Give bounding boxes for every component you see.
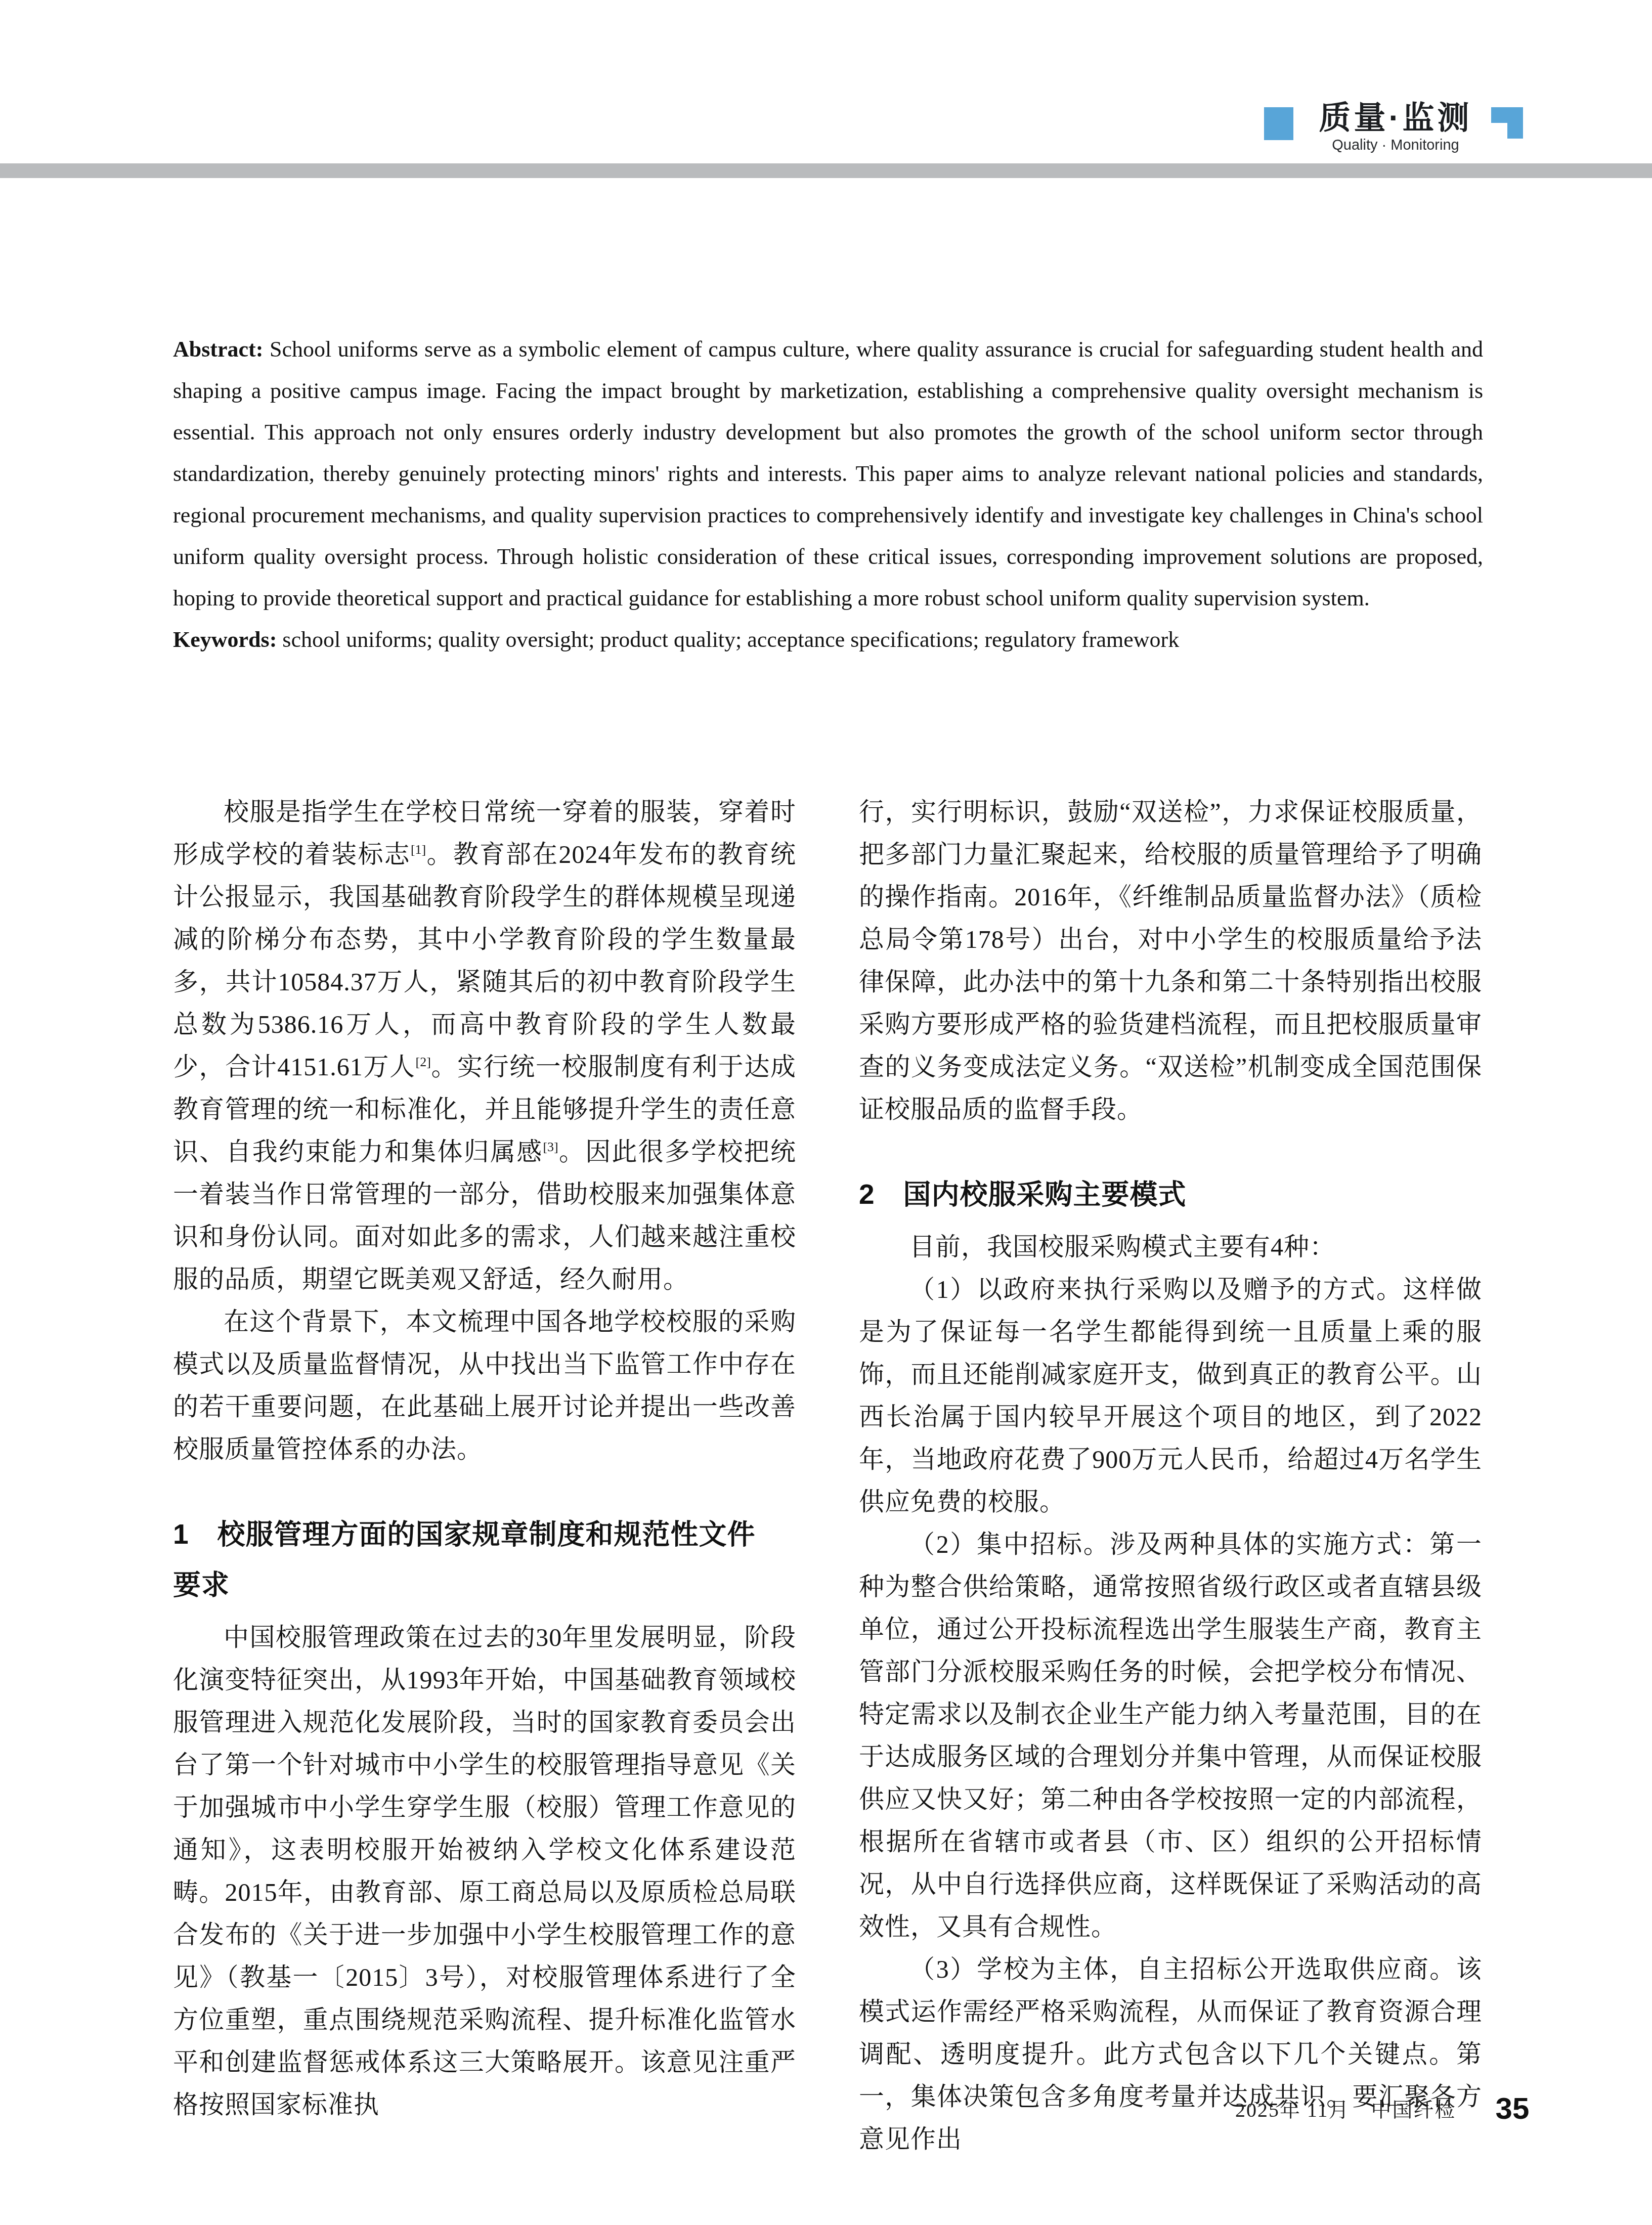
brand-step-icon (1491, 107, 1523, 139)
body-paragraph: （2）集中招标。涉及两种具体的实施方式：第一种为整合供给策略，通常按照省级行政区… (859, 1523, 1482, 1948)
body-columns: 校服是指学生在学校日常统一穿着的服装，穿着时形成学校的着装标志[1]。教育部在2… (173, 791, 1482, 2160)
right-column: 行，实行明标识，鼓励“双送检”，力求保证校服质量，把多部门力量汇聚起来，给校服的… (859, 791, 1482, 2160)
footer-issue: 2025年 11月 中国纤检 (1235, 2094, 1456, 2123)
body-paragraph: 目前，我国校服采购模式主要有4种： (859, 1226, 1482, 1268)
abstract-section: Abstract: School uniforms serve as a sym… (173, 329, 1483, 661)
section-heading: 1 校服管理方面的国家规章制度和规范性文件要求 (173, 1509, 796, 1610)
page-footer: 2025年 11月 中国纤检 35 (1235, 2083, 1483, 2133)
journal-page: 质量·监测 Quality · Monitoring Abstract: Sch… (0, 0, 1652, 2225)
section-title: 质量·监测 (1317, 101, 1474, 135)
body-paragraph: 行，实行明标识，鼓励“双送检”，力求保证校服质量，把多部门力量汇聚起来，给校服的… (859, 791, 1482, 1130)
abstract-label: Abstract: (173, 337, 263, 362)
header-divider-bar (0, 163, 1652, 178)
body-paragraph: 在这个背景下，本文梳理中国各地学校校服的采购模式以及质量监督情况，从中找出当下监… (173, 1300, 796, 1470)
citation-ref: [3] (543, 1140, 558, 1154)
brand-square-icon (1264, 107, 1293, 140)
body-paragraph: 中国校服管理政策在过去的30年里发展明显，阶段化演变特征突出，从1993年开始，… (173, 1616, 796, 2126)
page-number: 35 (1496, 2091, 1530, 2126)
citation-ref: [2] (416, 1055, 431, 1069)
body-paragraph: （1）以政府来执行采购以及赠予的方式。这样做是为了保证每一名学生都能得到统一且质… (859, 1268, 1482, 1523)
section-subtitle: Quality · Monitoring (1317, 137, 1474, 153)
brand-step-right (1507, 107, 1523, 139)
keywords-text: school uniforms; quality oversight; prod… (282, 627, 1179, 652)
left-column: 校服是指学生在学校日常统一穿着的服装，穿着时形成学校的着装标志[1]。教育部在2… (173, 791, 796, 2160)
body-paragraph: 校服是指学生在学校日常统一穿着的服装，穿着时形成学校的着装标志[1]。教育部在2… (173, 791, 796, 1300)
abstract-paragraph: Abstract: School uniforms serve as a sym… (173, 329, 1483, 619)
keywords-paragraph: Keywords: school uniforms; quality overs… (173, 619, 1483, 661)
keywords-label: Keywords: (173, 627, 277, 652)
section-heading: 2 国内校服采购主要模式 (859, 1169, 1482, 1219)
citation-ref: [1] (411, 842, 426, 857)
abstract-text: School uniforms serve as a symbolic elem… (173, 337, 1483, 610)
